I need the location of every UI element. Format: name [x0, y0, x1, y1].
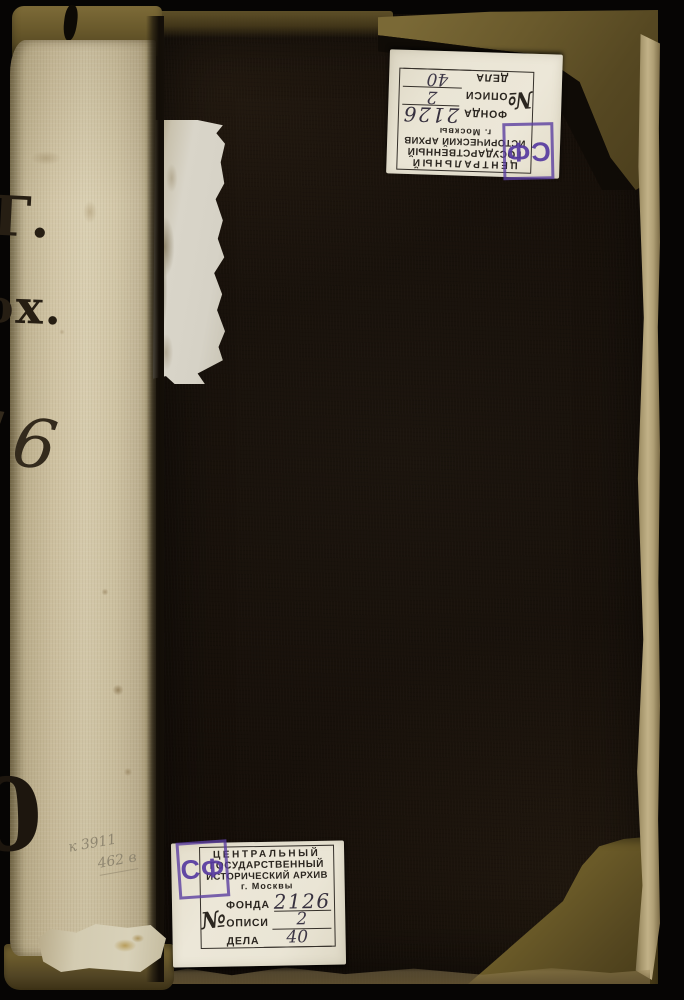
field-label: ОПИСИ	[461, 88, 508, 102]
field-value-handwritten: 40	[403, 68, 472, 87]
field-label: ДЕЛА	[227, 934, 264, 948]
field-row-opisi: ОПИСИ 2	[403, 86, 508, 107]
numero-sign: №	[198, 891, 229, 948]
field-label: ДЕЛА	[471, 70, 508, 84]
numero-sign: №	[506, 73, 535, 129]
field-value-handwritten: 40	[263, 929, 331, 947]
field-label: ОПИСИ	[226, 916, 273, 930]
archive-label-bottom: ЦЕНТРАЛЬНЫЙ ГОСУДАРСТВЕННЫЙ ИСТОРИЧЕСКИЙ…	[171, 840, 346, 967]
field-value-handwritten: 2126	[402, 104, 459, 123]
field-row-dela: ДЕЛА 40	[403, 68, 508, 89]
field-row-opisi: ОПИСИ 2	[226, 910, 331, 930]
field-label: ФОНДА	[226, 898, 274, 912]
spine-title-fragment-mid: ох.	[0, 279, 64, 336]
field-value-handwritten: 2	[403, 86, 462, 105]
archive-label-top: ЦЕНТРАЛЬНЫЙ ГОСУДАРСТВЕННЫЙ ИСТОРИЧЕСКИЙ…	[386, 49, 563, 178]
spine-number-fragment: 0	[0, 755, 45, 875]
spine-hinge-groove	[146, 16, 164, 982]
field-row-fonda: ФОНДА 2126	[226, 892, 331, 912]
top-edge-leather	[158, 11, 393, 38]
sf-stamp: СФ	[175, 839, 230, 899]
sf-stamp: СФ	[502, 122, 554, 180]
book-cover-photo: Г. ох. 16 0 к 3911 462 в ЦЕНТРАЛЬНЫЙ ГОС…	[0, 0, 684, 1000]
torn-paper-bottom-left	[38, 924, 166, 972]
field-label: ФОНДА	[459, 106, 507, 120]
field-row-dela: ДЕЛА 40	[226, 928, 331, 948]
field-row-fonda: ФОНДА 2126	[402, 104, 507, 125]
label-fields: № ФОНДА 2126 ОПИСИ 2 ДЕЛА 40	[399, 68, 534, 126]
spine-title-fragment-top: Г.	[0, 183, 52, 251]
label-fields: № ФОНДА 2126 ОПИСИ 2 ДЕЛА 40	[201, 892, 335, 948]
